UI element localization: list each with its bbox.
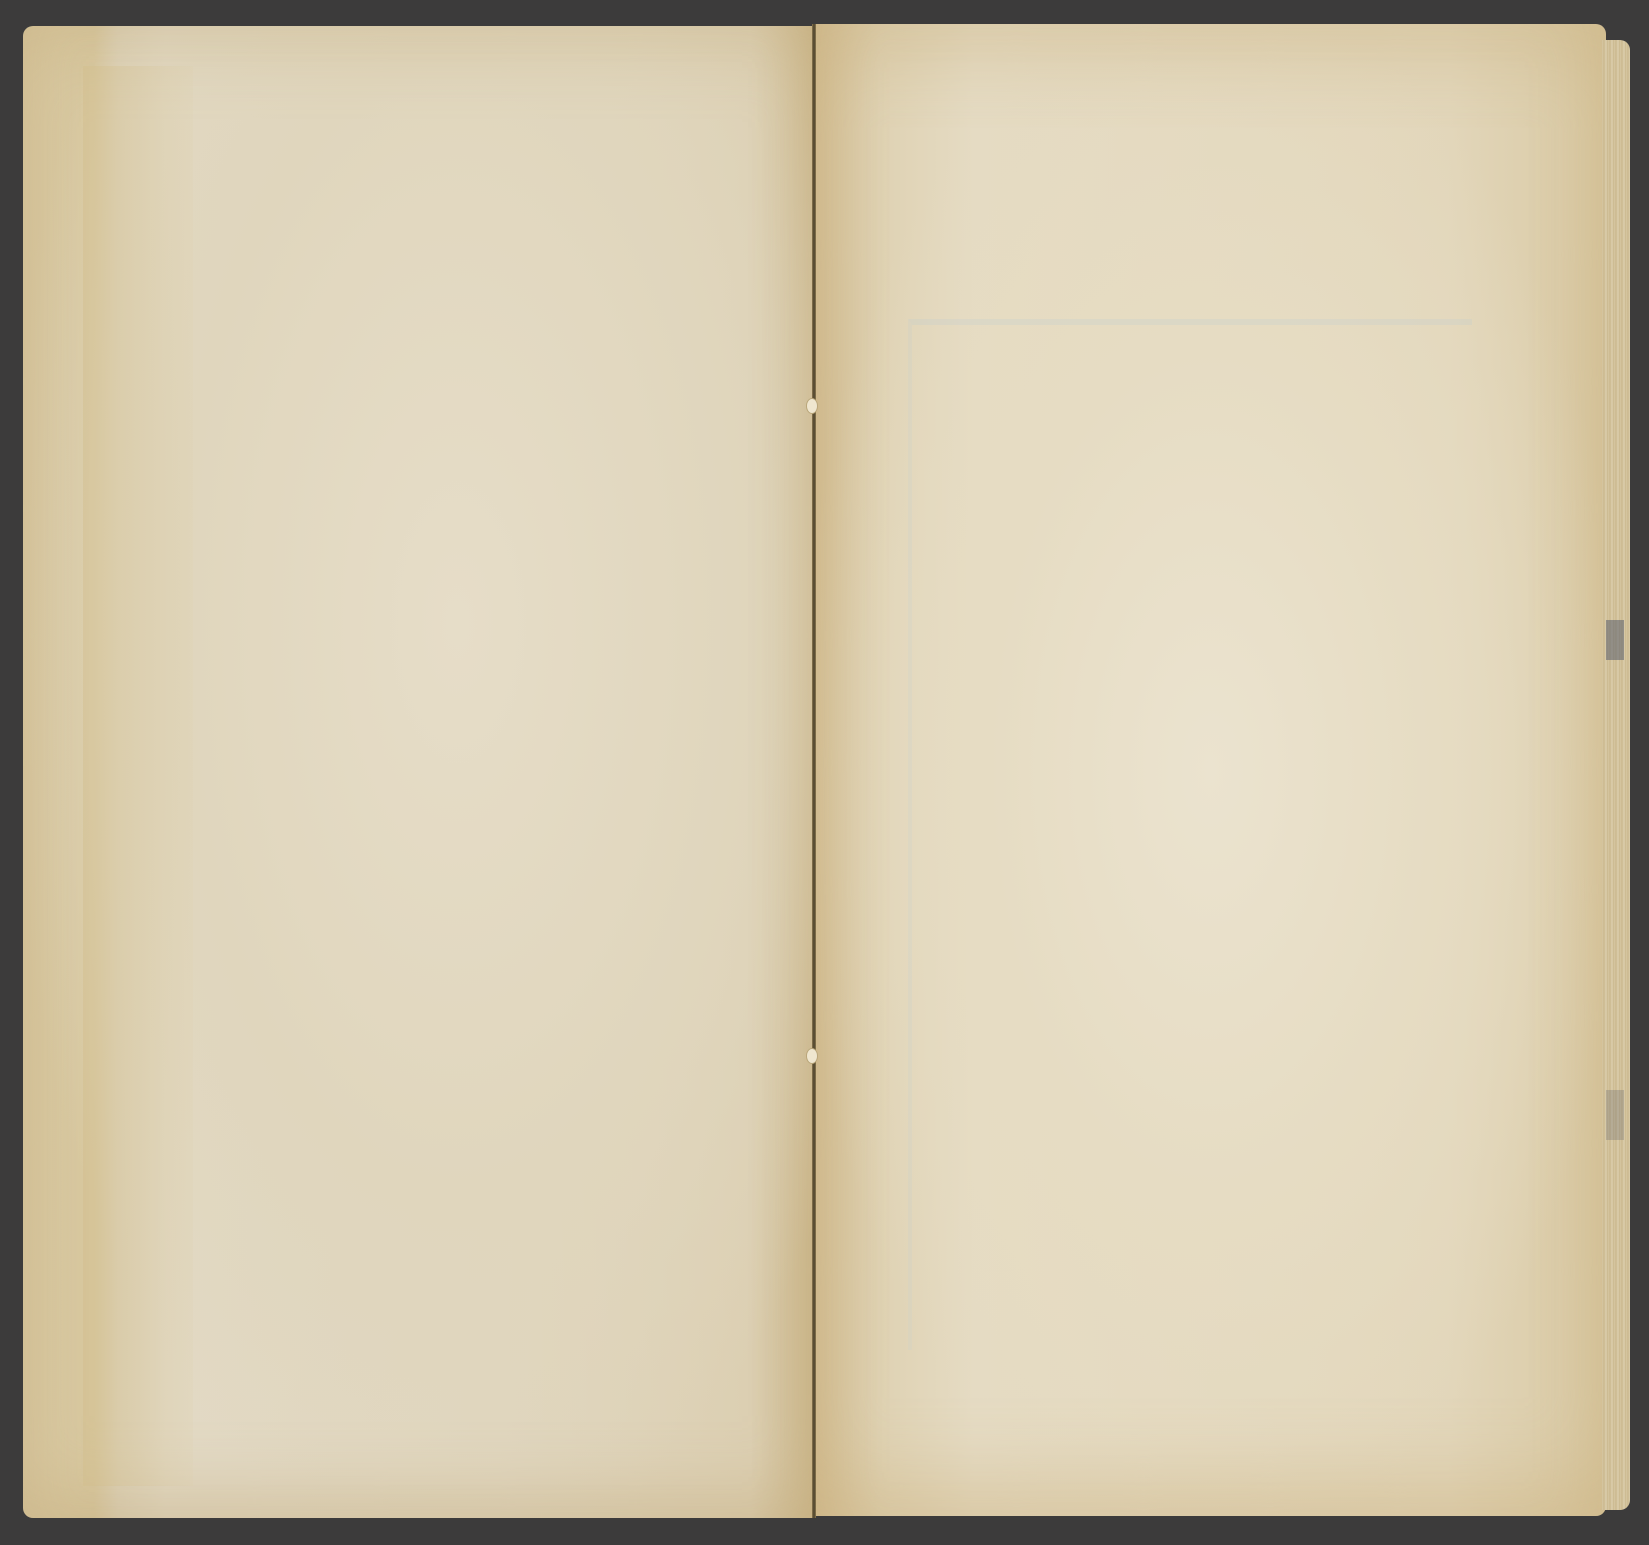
page-edge-stack <box>1602 40 1630 1510</box>
book-spread <box>0 0 1649 1545</box>
ghost-frame-offset <box>908 319 1472 1350</box>
edge-ink-mark <box>1606 620 1624 660</box>
paper-stain <box>83 66 193 1486</box>
binding-stitch-top <box>806 398 818 414</box>
book-spine <box>812 24 816 1518</box>
edge-ink-mark <box>1606 1090 1624 1140</box>
left-page <box>23 26 814 1518</box>
binding-stitch-bottom <box>806 1048 818 1064</box>
right-page <box>816 24 1606 1516</box>
